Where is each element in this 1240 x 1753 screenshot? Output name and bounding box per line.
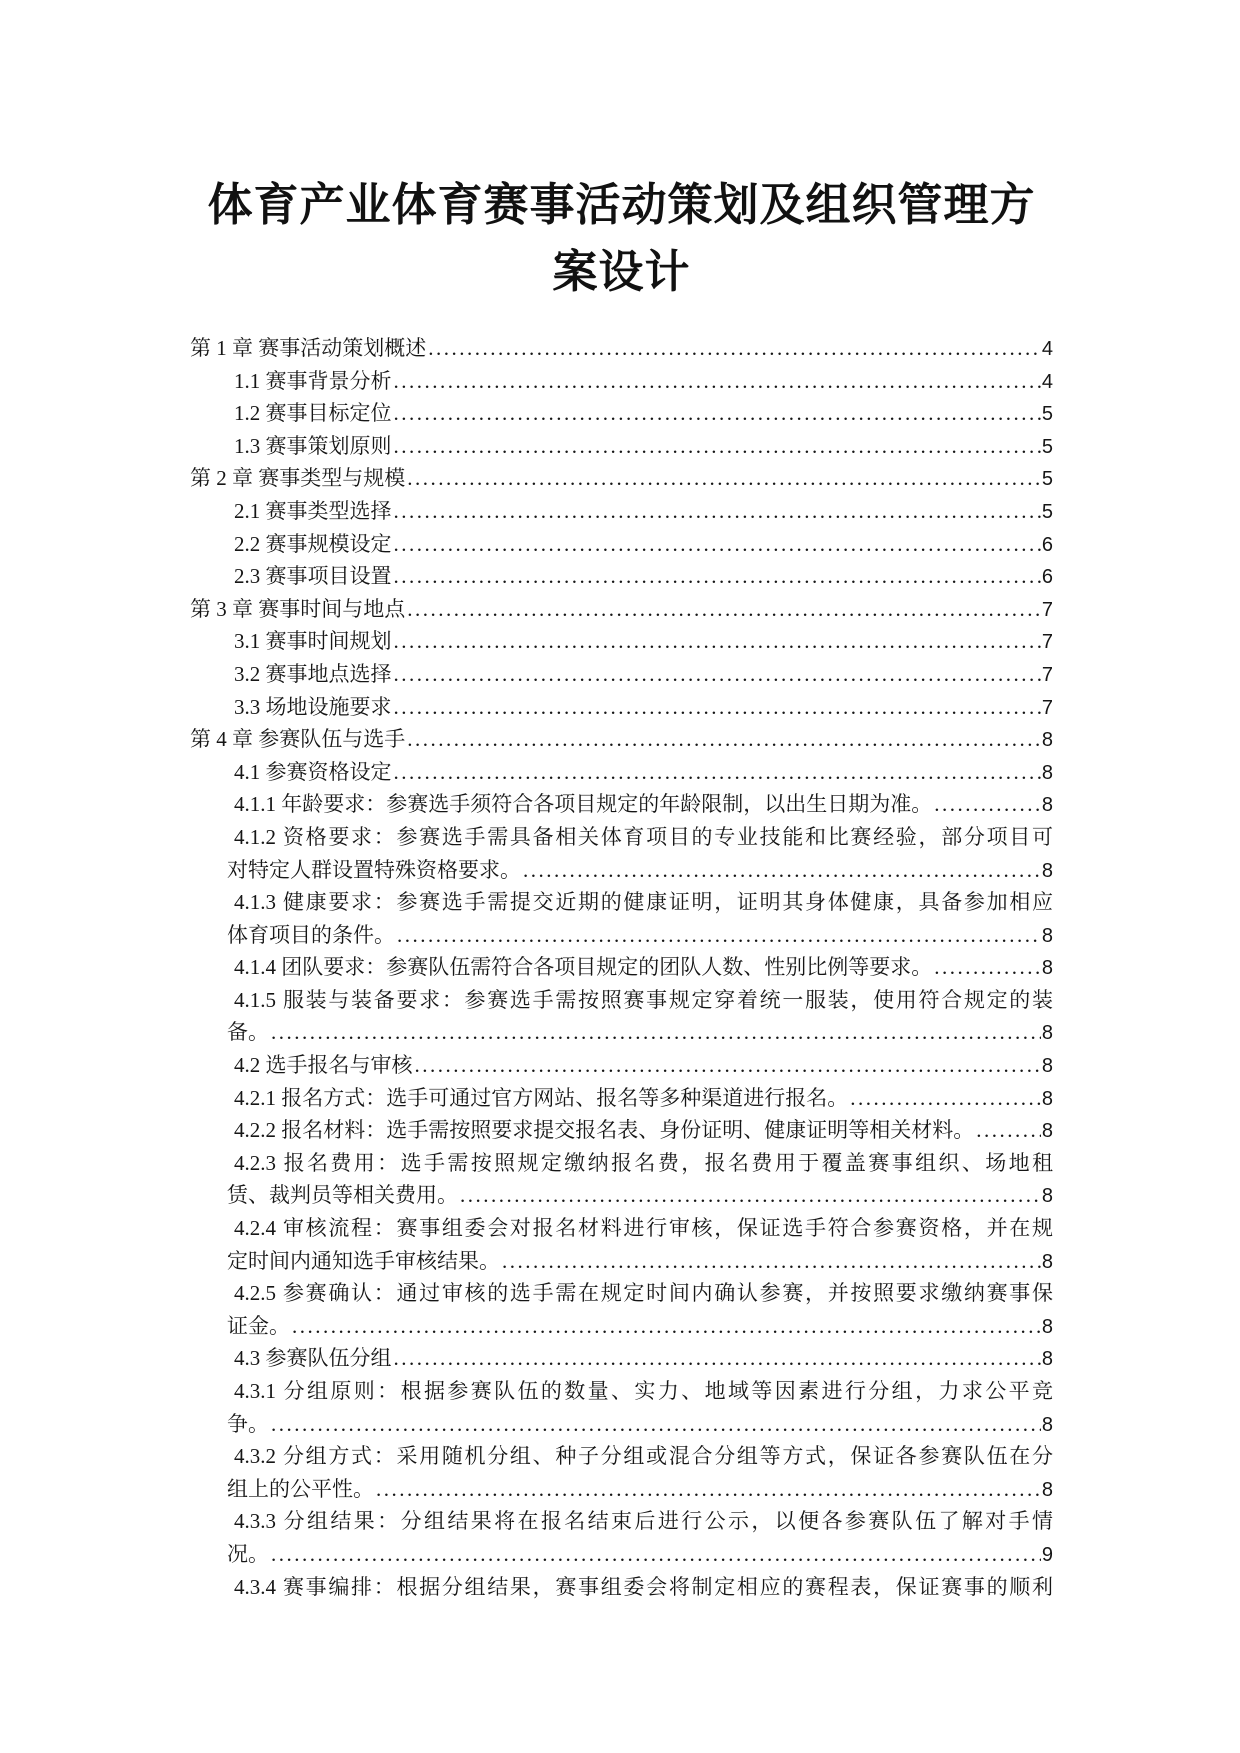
toc-entry: 4.1.1 年龄要求：参赛选手须符合各项目规定的年龄限制，以出生日期为准。 8: [190, 788, 1053, 821]
document-title-line-2: 案设计: [190, 239, 1053, 306]
toc-page-number: 9: [1041, 1539, 1053, 1572]
toc-entry: 4.3.3 分组结果：分组结果将在报名结束后进行公示，以便各参赛队伍了解对手情: [190, 1505, 1053, 1538]
toc-entry: 4.2 选手报名与审核 8: [190, 1049, 1053, 1082]
toc-entry-text: 1.2 赛事目标定位: [234, 397, 392, 430]
toc-dot-leader: [394, 397, 1041, 430]
toc-dot-leader: [394, 658, 1041, 691]
toc-dot-leader: [394, 430, 1041, 463]
toc-page-number: 6: [1041, 561, 1053, 594]
toc-dot-leader: [428, 332, 1041, 365]
toc-entry: 4.1.4 团队要求：参赛队伍需符合各项目规定的团队人数、性别比例等要求。 8: [190, 951, 1053, 984]
toc-entry-text: 2.2 赛事规模设定: [234, 528, 392, 561]
toc-entry: 争。 8: [190, 1408, 1053, 1441]
toc-page-number: 8: [1041, 724, 1053, 757]
toc-page-number: 7: [1041, 594, 1053, 627]
toc-page-number: 8: [1041, 757, 1053, 790]
toc-dot-leader: [376, 1473, 1041, 1506]
toc-dot-leader: [407, 593, 1041, 626]
toc-dot-leader: [271, 1016, 1041, 1049]
toc-entry: 第 1 章 赛事活动策划概述 4: [190, 332, 1053, 365]
toc-entry: 1.1 赛事背景分析 4: [190, 365, 1053, 398]
toc-page-number: 7: [1041, 626, 1053, 659]
toc-dot-leader: [394, 528, 1041, 561]
toc-entry-text: 4.2 选手报名与审核: [234, 1049, 413, 1082]
toc-entry-text: 4.3.3 分组结果：分组结果将在报名结束后进行公示，以便各参赛队伍了解对手情: [234, 1505, 1053, 1538]
toc-entry-text: 4.3.4 赛事编排：根据分组结果，赛事组委会将制定相应的赛程表，保证赛事的顺利: [234, 1571, 1053, 1604]
toc-dot-leader: [394, 560, 1041, 593]
document-page: 体育产业体育赛事活动策划及组织管理方 案设计 第 1 章 赛事活动策划概述 4 …: [0, 0, 1240, 1753]
toc-entry-text: 第 1 章 赛事活动策划概述: [190, 332, 426, 365]
toc-entry-text: 况。: [227, 1538, 269, 1571]
toc-dot-leader: [394, 691, 1041, 724]
toc-page-number: 5: [1041, 463, 1053, 496]
toc-entry: 备。 8: [190, 1016, 1053, 1049]
toc-page-number: 8: [1041, 789, 1053, 822]
toc-dot-leader: [292, 1310, 1041, 1343]
toc-page-number: 7: [1041, 659, 1053, 692]
toc-entry-text: 4.1.5 服装与装备要求：参赛选手需按照赛事规定穿着统一服装，使用符合规定的装: [234, 984, 1053, 1017]
toc-entry-text: 3.1 赛事时间规划: [234, 625, 392, 658]
toc-entry: 1.3 赛事策划原则 5: [190, 430, 1053, 463]
toc-entry: 4.2.1 报名方式：选手可通过官方网站、报名等多种渠道进行报名。 8: [190, 1082, 1053, 1115]
toc-entry-text: 4.2.1 报名方式：选手可通过官方网站、报名等多种渠道进行报名。: [234, 1082, 848, 1115]
toc-entry: 况。 9: [190, 1538, 1053, 1571]
table-of-contents: 第 1 章 赛事活动策划概述 4 1.1 赛事背景分析 4 1.2 赛事目标定位…: [190, 332, 1053, 1603]
toc-entry: 4.3.2 分组方式：采用随机分组、种子分组或混合分组等方式，保证各参赛队伍在分: [190, 1440, 1053, 1473]
toc-entry: 3.3 场地设施要求 7: [190, 691, 1053, 724]
toc-entry-text: 4.3 参赛队伍分组: [234, 1342, 392, 1375]
document-title: 体育产业体育赛事活动策划及组织管理方 案设计: [190, 172, 1053, 306]
toc-page-number: 8: [1041, 1311, 1053, 1344]
toc-dot-leader: [523, 854, 1041, 887]
toc-dot-leader: [415, 1049, 1041, 1082]
toc-entry-text: 4.1.2 资格要求：参赛选手需具备相关体育项目的专业技能和比赛经验，部分项目可: [234, 821, 1053, 854]
toc-page-number: 8: [1041, 1050, 1053, 1083]
toc-entry-text: 第 4 章 参赛队伍与选手: [190, 723, 405, 756]
toc-entry: 4.2.5 参赛确认：通过审核的选手需在规定时间内确认参赛，并按照要求缴纳赛事保: [190, 1277, 1053, 1310]
toc-entry: 2.3 赛事项目设置 6: [190, 560, 1053, 593]
toc-dot-leader: [407, 723, 1041, 756]
toc-page-number: 8: [1041, 920, 1053, 953]
toc-entry-text: 4.1 参赛资格设定: [234, 756, 392, 789]
toc-entry-text: 4.1.3 健康要求：参赛选手需提交近期的健康证明，证明其身体健康，具备参加相应: [234, 886, 1053, 919]
toc-dot-leader: [394, 1342, 1041, 1375]
toc-page-number: 5: [1041, 496, 1053, 529]
toc-page-number: 4: [1041, 333, 1053, 366]
toc-dot-leader: [394, 365, 1041, 398]
toc-page-number: 4: [1041, 366, 1053, 399]
toc-page-number: 7: [1041, 692, 1053, 725]
toc-entry-text: 3.3 场地设施要求: [234, 691, 392, 724]
toc-entry: 证金。 8: [190, 1310, 1053, 1343]
toc-entry-text: 1.1 赛事背景分析: [234, 365, 392, 398]
toc-entry-text: 体育项目的条件。: [227, 919, 395, 952]
toc-dot-leader: [850, 1082, 1041, 1115]
toc-dot-leader: [397, 919, 1041, 952]
toc-entry-text: 对特定人群设置特殊资格要求。: [227, 854, 521, 887]
toc-entry-text: 第 2 章 赛事类型与规模: [190, 462, 405, 495]
toc-entry: 第 4 章 参赛队伍与选手 8: [190, 723, 1053, 756]
toc-entry-text: 证金。: [227, 1310, 290, 1343]
toc-entry-text: 4.2.3 报名费用：选手需按照规定缴纳报名费，报名费用于覆盖赛事组织、场地租: [234, 1147, 1053, 1180]
toc-page-number: 8: [1041, 855, 1053, 888]
toc-entry: 赁、裁判员等相关费用。 8: [190, 1179, 1053, 1212]
toc-dot-leader: [407, 462, 1041, 495]
toc-dot-leader: [394, 495, 1041, 528]
toc-entry: 对特定人群设置特殊资格要求。 8: [190, 854, 1053, 887]
toc-page-number: 8: [1041, 1474, 1053, 1507]
toc-entry-text: 4.1.1 年龄要求：参赛选手须符合各项目规定的年龄限制，以出生日期为准。: [234, 788, 932, 821]
toc-entry: 4.3.1 分组原则：根据参赛队伍的数量、实力、地域等因素进行分组，力求公平竞: [190, 1375, 1053, 1408]
toc-entry: 4.3 参赛队伍分组 8: [190, 1342, 1053, 1375]
toc-page-number: 5: [1041, 431, 1053, 464]
toc-entry: 4.1.3 健康要求：参赛选手需提交近期的健康证明，证明其身体健康，具备参加相应: [190, 886, 1053, 919]
toc-page-number: 8: [1041, 1180, 1053, 1213]
toc-dot-leader: [394, 625, 1041, 658]
toc-entry: 3.1 赛事时间规划 7: [190, 625, 1053, 658]
toc-entry-text: 2.1 赛事类型选择: [234, 495, 392, 528]
toc-dot-leader: [460, 1179, 1041, 1212]
toc-entry: 3.2 赛事地点选择 7: [190, 658, 1053, 691]
toc-entry: 定时间内通知选手审核结果。 8: [190, 1245, 1053, 1278]
toc-entry: 2.1 赛事类型选择 5: [190, 495, 1053, 528]
toc-page-number: 8: [1041, 1409, 1053, 1442]
toc-page-number: 8: [1041, 1083, 1053, 1116]
toc-dot-leader: [394, 756, 1041, 789]
toc-entry-text: 赁、裁判员等相关费用。: [227, 1179, 458, 1212]
toc-entry-text: 争。: [227, 1408, 269, 1441]
toc-entry: 体育项目的条件。 8: [190, 919, 1053, 952]
toc-dot-leader: [271, 1538, 1041, 1571]
document-title-line-1: 体育产业体育赛事活动策划及组织管理方: [190, 172, 1053, 239]
toc-entry-text: 3.2 赛事地点选择: [234, 658, 392, 691]
toc-entry: 4.2.4 审核流程：赛事组委会对报名材料进行审核，保证选手符合参赛资格，并在规: [190, 1212, 1053, 1245]
toc-entry-text: 1.3 赛事策划原则: [234, 430, 392, 463]
toc-dot-leader: [502, 1245, 1041, 1278]
toc-entry-text: 4.3.2 分组方式：采用随机分组、种子分组或混合分组等方式，保证各参赛队伍在分: [234, 1440, 1053, 1473]
toc-page-number: 8: [1041, 1017, 1053, 1050]
toc-entry-text: 4.2.2 报名材料：选手需按照要求提交报名表、身份证明、健康证明等相关材料。: [234, 1114, 974, 1147]
toc-dot-leader: [934, 788, 1041, 821]
toc-entry: 4.1.5 服装与装备要求：参赛选手需按照赛事规定穿着统一服装，使用符合规定的装: [190, 984, 1053, 1017]
toc-page-number: 5: [1041, 398, 1053, 431]
toc-entry: 4.2.2 报名材料：选手需按照要求提交报名表、身份证明、健康证明等相关材料。 …: [190, 1114, 1053, 1147]
toc-entry-text: 4.2.4 审核流程：赛事组委会对报名材料进行审核，保证选手符合参赛资格，并在规: [234, 1212, 1053, 1245]
toc-entry-text: 4.1.4 团队要求：参赛队伍需符合各项目规定的团队人数、性别比例等要求。: [234, 951, 932, 984]
toc-entry-text: 备。: [227, 1016, 269, 1049]
toc-page-number: 8: [1041, 952, 1053, 985]
toc-dot-leader: [271, 1408, 1041, 1441]
toc-entry: 1.2 赛事目标定位 5: [190, 397, 1053, 430]
toc-entry: 4.1 参赛资格设定 8: [190, 756, 1053, 789]
toc-entry: 4.2.3 报名费用：选手需按照规定缴纳报名费，报名费用于覆盖赛事组织、场地租: [190, 1147, 1053, 1180]
toc-dot-leader: [934, 951, 1041, 984]
toc-page-number: 8: [1041, 1246, 1053, 1279]
toc-entry: 4.3.4 赛事编排：根据分组结果，赛事组委会将制定相应的赛程表，保证赛事的顺利: [190, 1571, 1053, 1604]
toc-dot-leader: [976, 1114, 1041, 1147]
toc-entry-text: 组上的公平性。: [227, 1473, 374, 1506]
toc-page-number: 8: [1041, 1343, 1053, 1376]
toc-entry: 第 2 章 赛事类型与规模 5: [190, 462, 1053, 495]
toc-entry: 4.1.2 资格要求：参赛选手需具备相关体育项目的专业技能和比赛经验，部分项目可: [190, 821, 1053, 854]
toc-entry: 组上的公平性。 8: [190, 1473, 1053, 1506]
toc-entry-text: 4.2.5 参赛确认：通过审核的选手需在规定时间内确认参赛，并按照要求缴纳赛事保: [234, 1277, 1053, 1310]
toc-entry-text: 2.3 赛事项目设置: [234, 560, 392, 593]
toc-entry-text: 4.3.1 分组原则：根据参赛队伍的数量、实力、地域等因素进行分组，力求公平竞: [234, 1375, 1053, 1408]
toc-entry-text: 定时间内通知选手审核结果。: [227, 1245, 500, 1278]
toc-entry-text: 第 3 章 赛事时间与地点: [190, 593, 405, 626]
toc-page-number: 8: [1041, 1115, 1053, 1148]
toc-entry: 第 3 章 赛事时间与地点 7: [190, 593, 1053, 626]
toc-page-number: 6: [1041, 529, 1053, 562]
toc-entry: 2.2 赛事规模设定 6: [190, 528, 1053, 561]
